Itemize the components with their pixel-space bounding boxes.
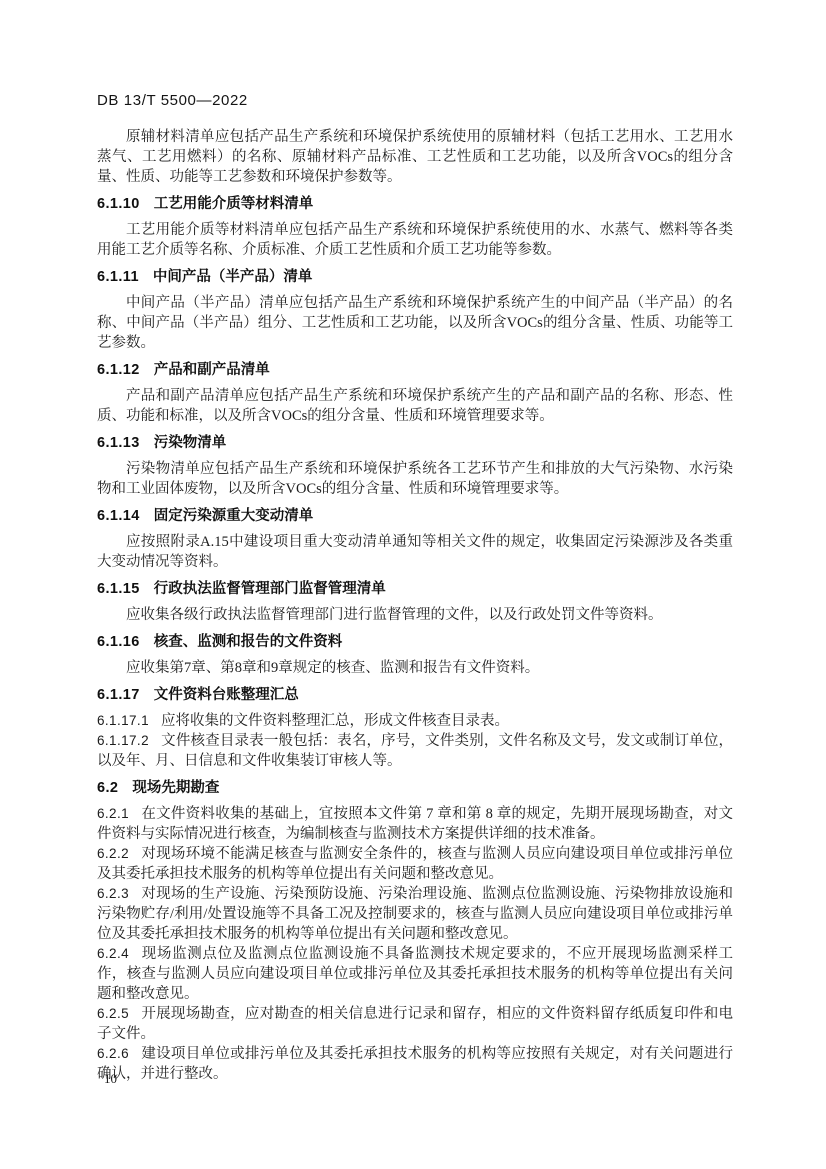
section-number: 6.1.14 — [97, 508, 140, 524]
clause-number: 6.2.1 — [97, 806, 129, 821]
clause-6-2-1: 6.2.1在文件资料收集的基础上，宜按照本文件第 7 章和第 8 章的规定，先期… — [97, 804, 733, 844]
section-title: 中间产品（半产品）清单 — [153, 269, 313, 285]
clause-6-1-17-1: 6.1.17.1应将收集的文件资料整理汇总，形成文件核查目录表。 — [97, 711, 733, 731]
clause-text: 开展现场勘查，应对勘查的相关信息进行记录和留存，相应的文件资料留存纸质复印件和电… — [97, 1006, 733, 1042]
clause-6-2-4: 6.2.4现场监测点位及监测点位监测设施不具备监测技术规定要求的，不应开展现场监… — [97, 944, 733, 1004]
document-body: 原辅材料清单应包括产品生产系统和环境保护系统使用的原辅材料（包括工艺用水、工艺用… — [97, 127, 733, 1084]
clause-6-2-5: 6.2.5开展现场勘查，应对勘查的相关信息进行记录和留存，相应的文件资料留存纸质… — [97, 1004, 733, 1044]
paragraph-products-byproducts: 产品和副产品清单应包括产品生产系统和环境保护系统产生的产品和副产品的名称、形态、… — [97, 386, 733, 426]
clause-number: 6.2.3 — [97, 886, 129, 901]
section-heading-6-1-14: 6.1.14固定污染源重大变动清单 — [97, 506, 733, 526]
standard-number-header: DB 13/T 5500—2022 — [97, 92, 733, 110]
page-number: 10 — [104, 1071, 117, 1087]
section-heading-6-2: 6.2现场先期勘查 — [97, 778, 733, 798]
paragraph-energy-media: 工艺用能介质等材料清单应包括产品生产系统和环境保护系统使用的水、水蒸气、燃料等各… — [97, 220, 733, 260]
clause-6-2-6: 6.2.6建设项目单位或排污单位及其委托承担技术服务的机构等应按照有关规定，对有… — [97, 1044, 733, 1084]
paragraph-verification-docs: 应收集第7章、第8章和9章规定的核查、监测和报告有文件资料。 — [97, 658, 733, 678]
clause-text: 应将收集的文件资料整理汇总，形成文件核查目录表。 — [161, 713, 509, 729]
section-heading-6-1-13: 6.1.13污染物清单 — [97, 433, 733, 453]
section-number: 6.1.16 — [97, 634, 140, 650]
section-number: 6.1.13 — [97, 435, 140, 451]
section-title: 产品和副产品清单 — [154, 362, 270, 378]
paragraph-raw-materials: 原辅材料清单应包括产品生产系统和环境保护系统使用的原辅材料（包括工艺用水、工艺用… — [97, 127, 733, 187]
section-heading-6-1-10: 6.1.10工艺用能介质等材料清单 — [97, 194, 733, 214]
document-page: DB 13/T 5500—2022 原辅材料清单应包括产品生产系统和环境保护系统… — [0, 0, 826, 1169]
section-title: 行政执法监督管理部门监督管理清单 — [154, 581, 386, 597]
clause-number: 6.1.17.1 — [97, 713, 149, 728]
clause-6-2-2: 6.2.2对现场环境不能满足核查与监测安全条件的，核查与监测人员应向建设项目单位… — [97, 844, 733, 884]
paragraph-intermediate-products: 中间产品（半产品）清单应包括产品生产系统和环境保护系统产生的中间产品（半产品）的… — [97, 293, 733, 353]
clause-number: 6.1.17.2 — [97, 733, 149, 748]
section-title: 现场先期勘查 — [132, 780, 219, 796]
section-number: 6.2 — [97, 780, 118, 796]
clause-number: 6.2.6 — [97, 1046, 129, 1061]
clause-number: 6.2.5 — [97, 1006, 129, 1021]
clause-text: 对现场环境不能满足核查与监测安全条件的，核查与监测人员应向建设项目单位或排污单位… — [97, 846, 733, 882]
section-number: 6.1.17 — [97, 687, 140, 703]
clause-6-2-3: 6.2.3对现场的生产设施、污染预防设施、污染治理设施、监测点位监测设施、污染物… — [97, 884, 733, 944]
clause-number: 6.2.4 — [97, 946, 129, 961]
clause-text: 对现场的生产设施、污染预防设施、污染治理设施、监测点位监测设施、污染物排放设施和… — [97, 886, 733, 942]
section-number: 6.1.12 — [97, 362, 140, 378]
clause-text: 文件核查目录表一般包括：表名，序号，文件类别，文件名称及文号，发文或制订单位，以… — [97, 733, 733, 769]
section-number: 6.1.15 — [97, 581, 140, 597]
section-heading-6-1-15: 6.1.15行政执法监督管理部门监督管理清单 — [97, 579, 733, 599]
clause-text: 建设项目单位或排污单位及其委托承担技术服务的机构等应按照有关规定，对有关问题进行… — [97, 1046, 733, 1082]
clause-6-1-17-2: 6.1.17.2文件核查目录表一般包括：表名，序号，文件类别，文件名称及文号，发… — [97, 731, 733, 771]
clause-text: 在文件资料收集的基础上，宜按照本文件第 7 章和第 8 章的规定，先期开展现场勘… — [97, 806, 733, 842]
section-title: 污染物清单 — [154, 435, 227, 451]
section-title: 工艺用能介质等材料清单 — [154, 196, 314, 212]
section-title: 文件资料台账整理汇总 — [154, 687, 299, 703]
section-heading-6-1-12: 6.1.12产品和副产品清单 — [97, 360, 733, 380]
paragraph-pollutants: 污染物清单应包括产品生产系统和环境保护系统各工艺环节产生和排放的大气污染物、水污… — [97, 459, 733, 499]
section-title: 核查、监测和报告的文件资料 — [154, 634, 343, 650]
paragraph-supervision: 应收集各级行政执法监督管理部门进行监督管理的文件，以及行政处罚文件等资料。 — [97, 605, 733, 625]
clause-number: 6.2.2 — [97, 846, 129, 861]
paragraph-major-changes: 应按照附录A.15中建设项目重大变动清单通知等相关文件的规定，收集固定污染源涉及… — [97, 532, 733, 572]
section-heading-6-1-17: 6.1.17文件资料台账整理汇总 — [97, 685, 733, 705]
section-heading-6-1-16: 6.1.16核查、监测和报告的文件资料 — [97, 632, 733, 652]
clause-text: 现场监测点位及监测点位监测设施不具备监测技术规定要求的，不应开展现场监测采样工作… — [97, 946, 733, 1002]
section-number: 6.1.11 — [97, 269, 139, 285]
section-title: 固定污染源重大变动清单 — [154, 508, 314, 524]
section-heading-6-1-11: 6.1.11中间产品（半产品）清单 — [97, 267, 733, 287]
section-number: 6.1.10 — [97, 196, 140, 212]
